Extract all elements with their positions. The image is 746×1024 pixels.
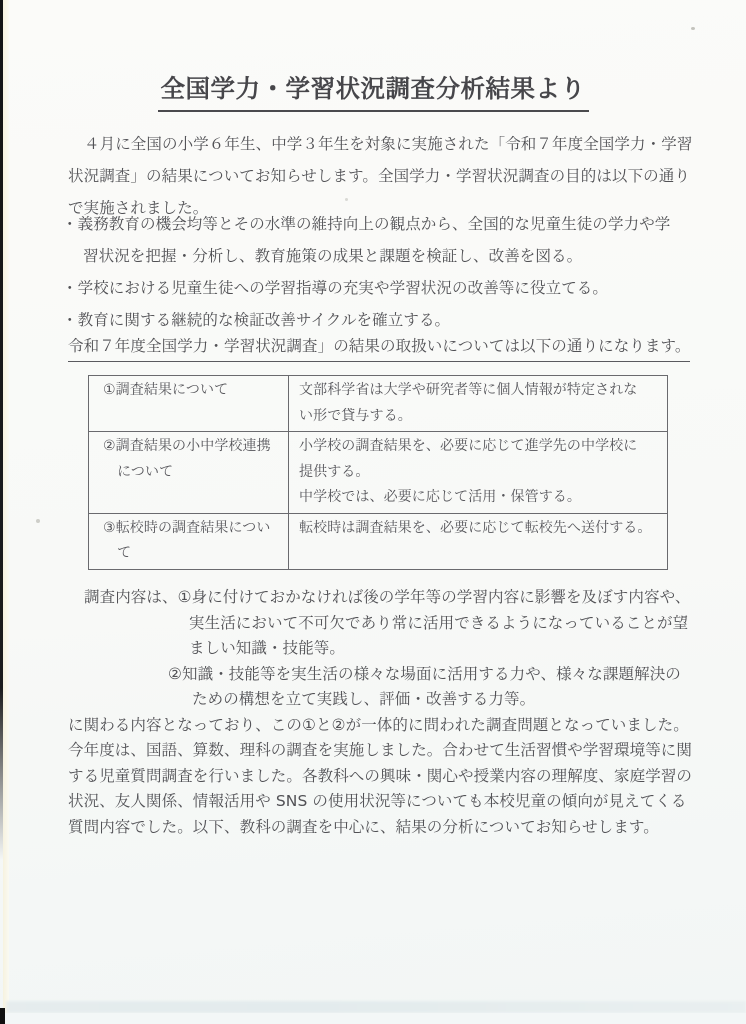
text-line: ４月に全国の小学６年生、中学３年生を対象に実施された「令和７年度全国学力・学習 — [68, 128, 684, 160]
detail-cell: 文部科学省は大学や研究者等に個人情報が特定されな い形で貸与する。 — [289, 376, 668, 432]
scan-bottom-paper-strip — [3, 1013, 746, 1024]
survey-content-paragraph: 調査内容は、①身に付けておかなければ後の学年等の学習内容に影響を及ぼす内容や、 … — [68, 585, 684, 840]
results-handling-heading: 令和７年度全国学力・学習状況調査」の結果の取扱いについては以下の通りになります。 — [68, 334, 690, 362]
scan-bottom-shadow-band — [6, 1001, 746, 1013]
item-cell: ①調査結果について — [89, 376, 289, 432]
item-cell: ②調査結果の小中学校連携 について — [89, 432, 289, 514]
scanned-document-page: 全国学力・学習状況調査分析結果より ４月に全国の小学６年生、中学３年生を対象に実… — [0, 0, 746, 1024]
table-row: ②調査結果の小中学校連携 について 小学校の調査結果を、必要に応じて進学先の中学… — [89, 432, 668, 514]
bullet-line: ・教育に関する継続的な検証改善サイクルを確立する。 — [62, 304, 684, 336]
bullet-line: ・学校における児童生徒への学習指導の充実や学習状況の改善等に役立てる。 — [62, 272, 684, 304]
page-title: 全国学力・学習状況調査分析結果より — [158, 70, 589, 112]
text-line: 質問内容でした。以下、教科の調査を中心に、結果の分析についてお知らせします。 — [68, 815, 684, 841]
bullet-line: ・義務教育の機会均等とその水準の維持向上の観点から、全国的な児童生徒の学力や学 — [62, 208, 684, 240]
text-line: ための構想を立て実践し、評価・改善する力等。 — [68, 687, 684, 713]
text-line: 調査内容は、①身に付けておかなければ後の学年等の学習内容に影響を及ぼす内容や、 — [68, 585, 684, 611]
detail-cell: 転校時は調査結果を、必要に応じて転校先へ送付する。 — [289, 513, 668, 569]
text-line: ②知識・技能等を実生活の様々な場面に活用する力や、様々な課題解決の — [68, 662, 684, 688]
scan-speck — [691, 27, 695, 30]
scan-left-edge-paper-strip — [3, 0, 9, 1024]
text-line: 今年度は、国語、算数、理科の調査を実施しました。合わせて生活習慣や学習環境等に関 — [68, 738, 684, 764]
bullet-continuation-line: 習状況を把握・分析し、教育施策の成果と課題を検証し、改善を図る。 — [62, 240, 684, 272]
title-row: 全国学力・学習状況調査分析結果より — [0, 70, 746, 112]
purpose-bullet-list: ・義務教育の機会均等とその水準の維持向上の観点から、全国的な児童生徒の学力や学 … — [62, 208, 684, 336]
text-line: に関わる内容となっており、この①と②が一体的に問われた調査問題となっていました。 — [68, 713, 684, 739]
table-row: ①調査結果について 文部科学省は大学や研究者等に個人情報が特定されな い形で貸与… — [89, 376, 668, 432]
table-row: ③転校時の調査結果につい て 転校時は調査結果を、必要に応じて転校先へ送付する。 — [89, 513, 668, 569]
scan-corner-dark-spot — [0, 1008, 5, 1024]
results-handling-table: ①調査結果について 文部科学省は大学や研究者等に個人情報が特定されな い形で貸与… — [88, 375, 668, 570]
scan-speck — [36, 519, 40, 523]
results-handling-heading-row: 令和７年度全国学力・学習状況調査」の結果の取扱いについては以下の通りになります。 — [68, 334, 690, 362]
text-line: 実生活において不可欠であり常に活用できるようになっていることが望 — [68, 611, 684, 637]
item-cell: ③転校時の調査結果につい て — [89, 513, 289, 569]
text-line: 状況調査」の結果についてお知らせします。全国学力・学習状況調査の目的は以下の通り — [68, 160, 684, 192]
text-line: する児童質問調査を行いました。各教科への興味・関心や授業内容の理解度、家庭学習の — [68, 764, 684, 790]
text-line: ましい知識・技能等。 — [68, 636, 684, 662]
text-line: 状況、友人関係、情報活用や SNS の使用状況等についても本校児童の傾向が見えて… — [68, 789, 684, 815]
detail-cell: 小学校の調査結果を、必要に応じて進学先の中学校に 提供する。 中学校では、必要に… — [289, 432, 668, 514]
